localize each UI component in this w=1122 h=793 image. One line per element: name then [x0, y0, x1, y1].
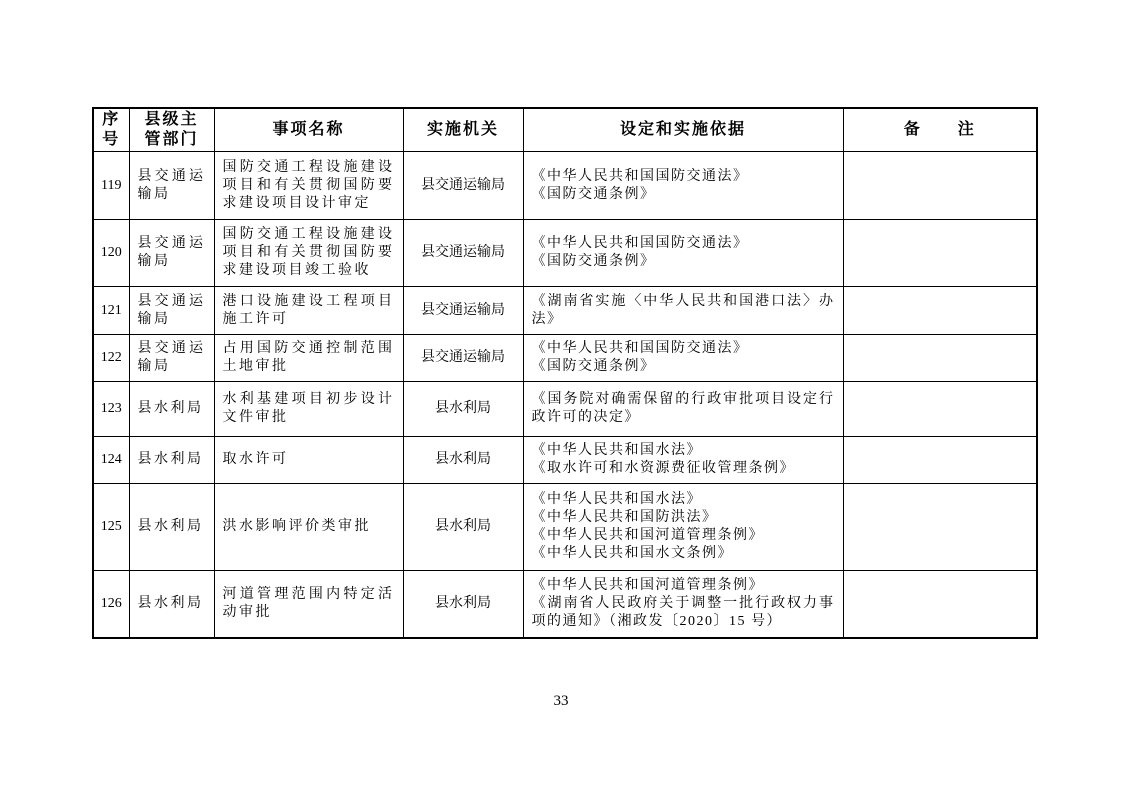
- basis-entry: 《国务院对确需保留的行政审批项目设定行政许可的决定》: [532, 391, 835, 427]
- cell-serial-no: 126: [93, 571, 129, 638]
- cell-legal-basis: 《中华人民共和国国防交通法》《国防交通条例》: [523, 220, 843, 287]
- basis-entry: 《中华人民共和国河道管理条例》: [532, 577, 835, 595]
- cell-county-department: 县交通运输局: [129, 287, 214, 335]
- cell-implementing-agency: 县水利局: [403, 437, 523, 484]
- cell-legal-basis: 《湖南省实施〈中华人民共和国港口法〉办法》: [523, 287, 843, 335]
- cell-remarks: [843, 484, 1037, 571]
- cell-serial-no: 125: [93, 484, 129, 571]
- cell-implementing-agency: 县水利局: [403, 571, 523, 638]
- cell-remarks: [843, 335, 1037, 382]
- basis-entry: 《中华人民共和国国防交通法》: [532, 340, 835, 358]
- cell-remarks: [843, 287, 1037, 335]
- cell-item-name: 河道管理范围内特定活动审批: [214, 571, 403, 638]
- cell-county-department: 县交通运输局: [129, 220, 214, 287]
- cell-remarks: [843, 437, 1037, 484]
- cell-remarks: [843, 220, 1037, 287]
- cell-county-department: 县交通运输局: [129, 335, 214, 382]
- cell-implementing-agency: 县水利局: [403, 484, 523, 571]
- cell-county-department: 县水利局: [129, 484, 214, 571]
- col-header-county-department: 县级主 管部门: [129, 108, 214, 152]
- basis-entry: 《取水许可和水资源费征收管理条例》: [532, 460, 835, 478]
- cell-county-department: 县交通运输局: [129, 152, 214, 220]
- cell-remarks: [843, 382, 1037, 437]
- cell-county-department: 县水利局: [129, 437, 214, 484]
- cell-remarks: [843, 152, 1037, 220]
- cell-serial-no: 120: [93, 220, 129, 287]
- cell-implementing-agency: 县交通运输局: [403, 220, 523, 287]
- cell-county-department: 县水利局: [129, 382, 214, 437]
- basis-entry: 《中华人民共和国国防交通法》: [532, 168, 835, 186]
- table-body: 119 县交通运输局 国防交通工程设施建设项目和有关贯彻国防要求建设项目设计审定…: [93, 152, 1037, 638]
- col-header-serial-no: 序 号: [93, 108, 129, 152]
- table-row: 122 县交通运输局 占用国防交通控制范围土地审批 县交通运输局 《中华人民共和…: [93, 335, 1037, 382]
- cell-serial-no: 121: [93, 287, 129, 335]
- table-row: 126 县水利局 河道管理范围内特定活动审批 县水利局 《中华人民共和国河道管理…: [93, 571, 1037, 638]
- basis-entry: 《中华人民共和国水文条例》: [532, 545, 835, 563]
- cell-serial-no: 124: [93, 437, 129, 484]
- basis-entry: 《湖南省人民政府关于调整一批行政权力事项的通知》（湘政发〔2020〕15 号）: [532, 595, 835, 631]
- col-header-legal-basis: 设定和实施依据: [523, 108, 843, 152]
- page-number: 33: [0, 693, 1122, 710]
- basis-entry: 《国防交通条例》: [532, 358, 835, 376]
- cell-remarks: [843, 571, 1037, 638]
- cell-implementing-agency: 县交通运输局: [403, 335, 523, 382]
- cell-implementing-agency: 县交通运输局: [403, 287, 523, 335]
- cell-county-department: 县水利局: [129, 571, 214, 638]
- cell-item-name: 国防交通工程设施建设项目和有关贯彻国防要求建设项目设计审定: [214, 152, 403, 220]
- document-page: 序 号 县级主 管部门 事项名称 实施机关 设定和实施依据 备 注 119 县交…: [0, 0, 1122, 793]
- cell-item-name: 取水许可: [214, 437, 403, 484]
- cell-item-name: 水利基建项目初步设计文件审批: [214, 382, 403, 437]
- cell-item-name: 国防交通工程设施建设项目和有关贯彻国防要求建设项目竣工验收: [214, 220, 403, 287]
- cell-legal-basis: 《中华人民共和国河道管理条例》《湖南省人民政府关于调整一批行政权力事项的通知》（…: [523, 571, 843, 638]
- cell-legal-basis: 《中华人民共和国水法》《中华人民共和国防洪法》《中华人民共和国河道管理条例》《中…: [523, 484, 843, 571]
- cell-serial-no: 119: [93, 152, 129, 220]
- cell-item-name: 港口设施建设工程项目施工许可: [214, 287, 403, 335]
- col-header-implementing-agency: 实施机关: [403, 108, 523, 152]
- cell-legal-basis: 《中华人民共和国水法》《取水许可和水资源费征收管理条例》: [523, 437, 843, 484]
- cell-implementing-agency: 县水利局: [403, 382, 523, 437]
- table-row: 119 县交通运输局 国防交通工程设施建设项目和有关贯彻国防要求建设项目设计审定…: [93, 152, 1037, 220]
- cell-legal-basis: 《国务院对确需保留的行政审批项目设定行政许可的决定》: [523, 382, 843, 437]
- approval-items-table: 序 号 县级主 管部门 事项名称 实施机关 设定和实施依据 备 注 119 县交…: [92, 107, 1038, 639]
- cell-legal-basis: 《中华人民共和国国防交通法》《国防交通条例》: [523, 152, 843, 220]
- basis-entry: 《国防交通条例》: [532, 253, 835, 271]
- table-row: 125 县水利局 洪水影响评价类审批 县水利局 《中华人民共和国水法》《中华人民…: [93, 484, 1037, 571]
- cell-legal-basis: 《中华人民共和国国防交通法》《国防交通条例》: [523, 335, 843, 382]
- table-row: 124 县水利局 取水许可 县水利局 《中华人民共和国水法》《取水许可和水资源费…: [93, 437, 1037, 484]
- table-row: 120 县交通运输局 国防交通工程设施建设项目和有关贯彻国防要求建设项目竣工验收…: [93, 220, 1037, 287]
- basis-entry: 《中华人民共和国水法》: [532, 442, 835, 460]
- table-row: 123 县水利局 水利基建项目初步设计文件审批 县水利局 《国务院对确需保留的行…: [93, 382, 1037, 437]
- basis-entry: 《中华人民共和国河道管理条例》: [532, 527, 835, 545]
- header-row: 序 号 县级主 管部门 事项名称 实施机关 设定和实施依据 备 注: [93, 108, 1037, 152]
- basis-entry: 《中华人民共和国国防交通法》: [532, 235, 835, 253]
- cell-serial-no: 122: [93, 335, 129, 382]
- table-row: 121 县交通运输局 港口设施建设工程项目施工许可 县交通运输局 《湖南省实施〈…: [93, 287, 1037, 335]
- cell-implementing-agency: 县交通运输局: [403, 152, 523, 220]
- basis-entry: 《中华人民共和国水法》: [532, 491, 835, 509]
- cell-item-name: 占用国防交通控制范围土地审批: [214, 335, 403, 382]
- basis-entry: 《湖南省实施〈中华人民共和国港口法〉办法》: [532, 293, 835, 329]
- cell-item-name: 洪水影响评价类审批: [214, 484, 403, 571]
- cell-serial-no: 123: [93, 382, 129, 437]
- basis-entry: 《国防交通条例》: [532, 186, 835, 204]
- basis-entry: 《中华人民共和国防洪法》: [532, 509, 835, 527]
- col-header-remarks: 备 注: [843, 108, 1037, 152]
- col-header-item-name: 事项名称: [214, 108, 403, 152]
- table-header: 序 号 县级主 管部门 事项名称 实施机关 设定和实施依据 备 注: [93, 108, 1037, 152]
